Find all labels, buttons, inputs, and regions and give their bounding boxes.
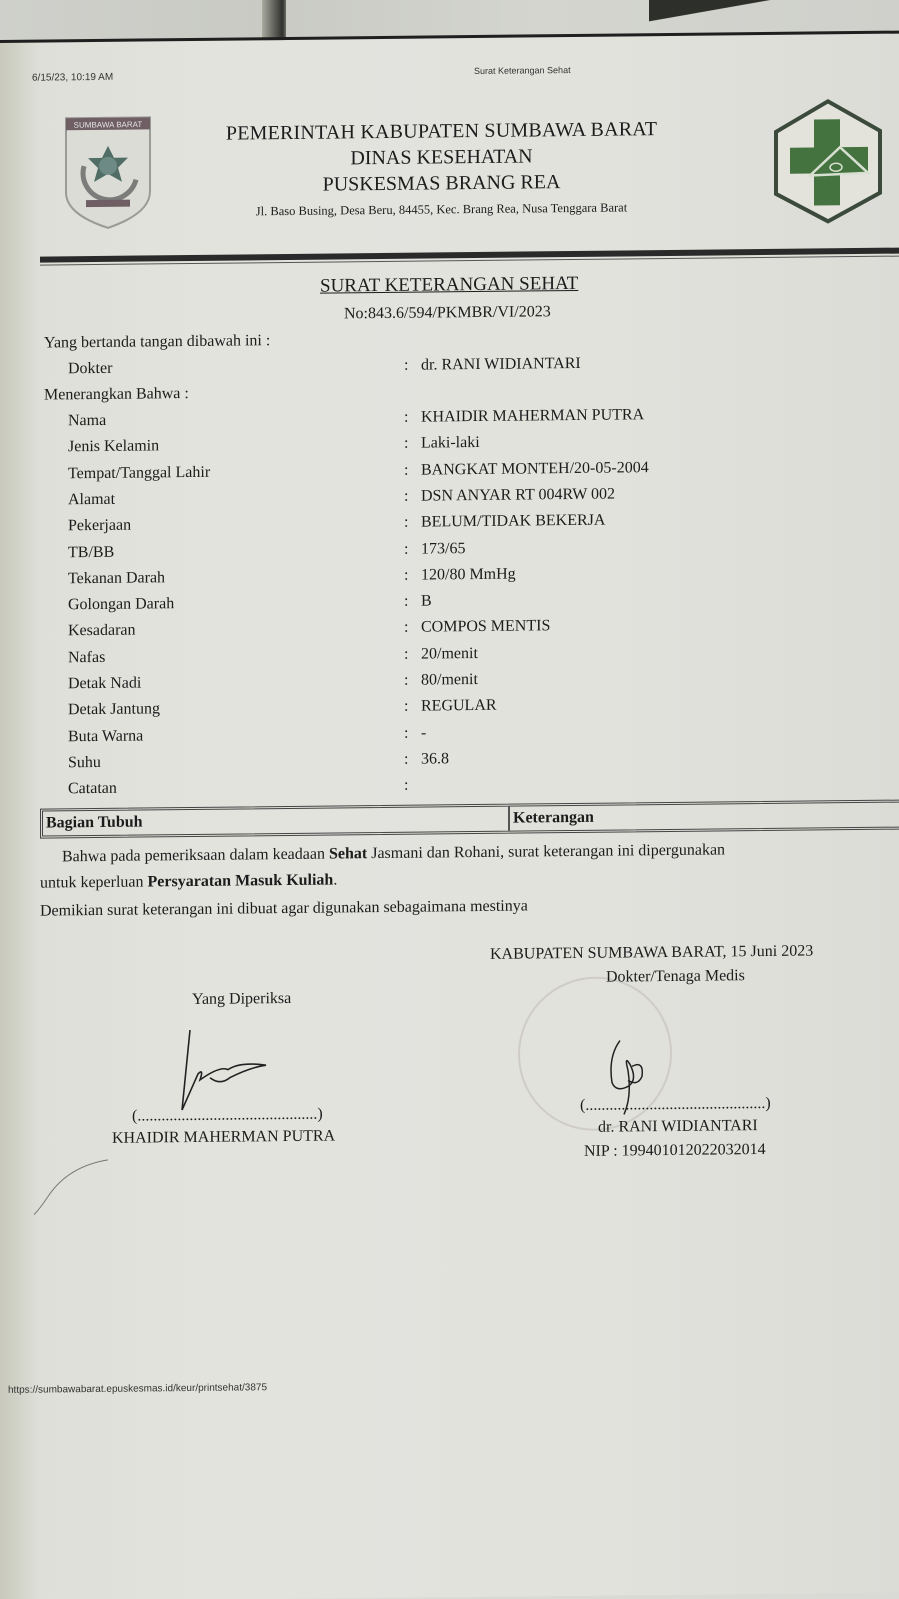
field-colon: : (404, 619, 408, 637)
field-value: 80/menit (421, 671, 478, 690)
place-date: KABUPATEN SUMBAWA BARAT, 15 Juni 2023 (490, 942, 813, 963)
field-colon: : (404, 409, 408, 427)
patient-name: KHAIDIR MAHERMAN PUTRA (112, 1127, 335, 1147)
field-value: 120/80 MmHg (421, 565, 516, 584)
field-label: Detak Jantung (68, 701, 160, 720)
field-value: - (421, 724, 426, 742)
field-colon: : (404, 488, 408, 506)
print-page-title: Surat Keterangan Sehat (474, 65, 571, 76)
document-number: No:843.6/594/PKMBR/VI/2023 (344, 303, 551, 323)
field-value: BELUM/TIDAK BEKERJA (421, 512, 605, 532)
table-header-body-part: Bagian Tubuh (46, 814, 143, 833)
field-label: Nafas (68, 649, 105, 667)
field-label: Catatan (68, 780, 117, 799)
pen-stroke (28, 1156, 118, 1217)
field-value: COMPOS MENTIS (421, 618, 550, 637)
field-colon: : (404, 461, 408, 479)
print-url: https://sumbawabarat.epuskesmas.id/keur/… (8, 1382, 267, 1396)
field-colon: : (404, 698, 408, 716)
field-value: 173/65 (421, 540, 465, 558)
field-colon: : (404, 777, 408, 795)
doctor-value: dr. RANI WIDIANTARI (421, 355, 581, 375)
field-value: KHAIDIR MAHERMAN PUTRA (421, 406, 644, 426)
examination-table: Bagian Tubuh Keterangan (40, 799, 899, 838)
field-value: DSN ANYAR RT 004RW 002 (421, 485, 615, 505)
doctor-label: Dokter (68, 360, 112, 378)
right-signer-role: Dokter/Tenaga Medis (606, 967, 745, 986)
left-signature-line: (.......................................… (132, 1106, 323, 1126)
field-value: Laki-laki (421, 434, 480, 453)
print-datetime: 6/15/23, 10:19 AM (32, 72, 113, 84)
declares-intro: Menerangkan Bahwa : (44, 385, 189, 405)
table-header-remarks: Keterangan (513, 809, 594, 828)
patient-signature (170, 1025, 280, 1116)
field-label: Tempat/Tanggal Lahir (68, 463, 210, 482)
field-colon: : (404, 672, 408, 690)
field-value: 36.8 (421, 750, 449, 768)
field-label: Jenis Kelamin (68, 438, 159, 457)
puskesmas-cross-icon (770, 97, 886, 226)
field-label: Tekanan Darah (68, 569, 165, 588)
doctor-colon: : (404, 357, 408, 375)
closing-statement: Demikian surat keterangan ini dibuat aga… (40, 897, 528, 920)
health-statement-line1: Bahwa pada pemeriksaan dalam keadaan Seh… (62, 841, 725, 866)
statement-text: Bahwa pada pemeriksaan dalam keadaan (62, 846, 329, 866)
field-value: BANGKAT MONTEH/20-05-2004 (421, 459, 649, 479)
health-statement-line2: untuk keperluan Persyaratan Masuk Kuliah… (40, 871, 337, 892)
field-colon: : (404, 751, 408, 769)
field-label: Kesadaran (68, 622, 136, 641)
left-signer-role: Yang Diperiksa (192, 990, 291, 1009)
field-colon: : (404, 540, 408, 558)
field-colon: : (404, 514, 408, 532)
statement-purpose-post: . (333, 871, 337, 888)
signed-intro: Yang bertanda tangan dibawah ini : (44, 332, 270, 352)
field-colon: : (404, 645, 408, 663)
statement-bold-healthy: Sehat (329, 845, 367, 862)
paper-fold-shadow (262, 0, 286, 42)
document-page: 6/15/23, 10:19 AM Surat Keterangan Sehat… (0, 31, 899, 1599)
statement-purpose-pre: untuk keperluan (40, 873, 148, 891)
field-label: Alamat (68, 491, 115, 509)
field-colon: : (404, 567, 408, 585)
doctor-name: dr. RANI WIDIANTARI (598, 1117, 758, 1137)
field-colon: : (404, 593, 408, 611)
field-label: Detak Nadi (68, 675, 141, 694)
doctor-nip: NIP : 199401012022032014 (584, 1141, 766, 1161)
document-title: SURAT KETERANGAN SEHAT (320, 273, 578, 298)
field-label: Golongan Darah (68, 595, 174, 614)
field-value: B (421, 593, 432, 611)
field-label: Buta Warna (68, 727, 143, 746)
field-colon: : (404, 724, 408, 742)
field-label: Nama (68, 412, 106, 430)
field-label: Suhu (68, 754, 101, 772)
field-colon: : (404, 435, 408, 453)
statement-text-mid: Jasmani dan Rohani, surat keterangan ini… (367, 841, 725, 862)
field-label: TB/BB (68, 543, 114, 561)
statement-purpose: Persyaratan Masuk Kuliah (148, 872, 334, 891)
field-value: 20/menit (421, 645, 478, 664)
field-value: REGULAR (421, 697, 497, 716)
field-label: Pekerjaan (68, 517, 131, 536)
table-header-cell: Bagian Tubuh (43, 807, 510, 836)
dark-surface (649, 0, 899, 26)
right-signature-line: (.......................................… (580, 1095, 771, 1115)
